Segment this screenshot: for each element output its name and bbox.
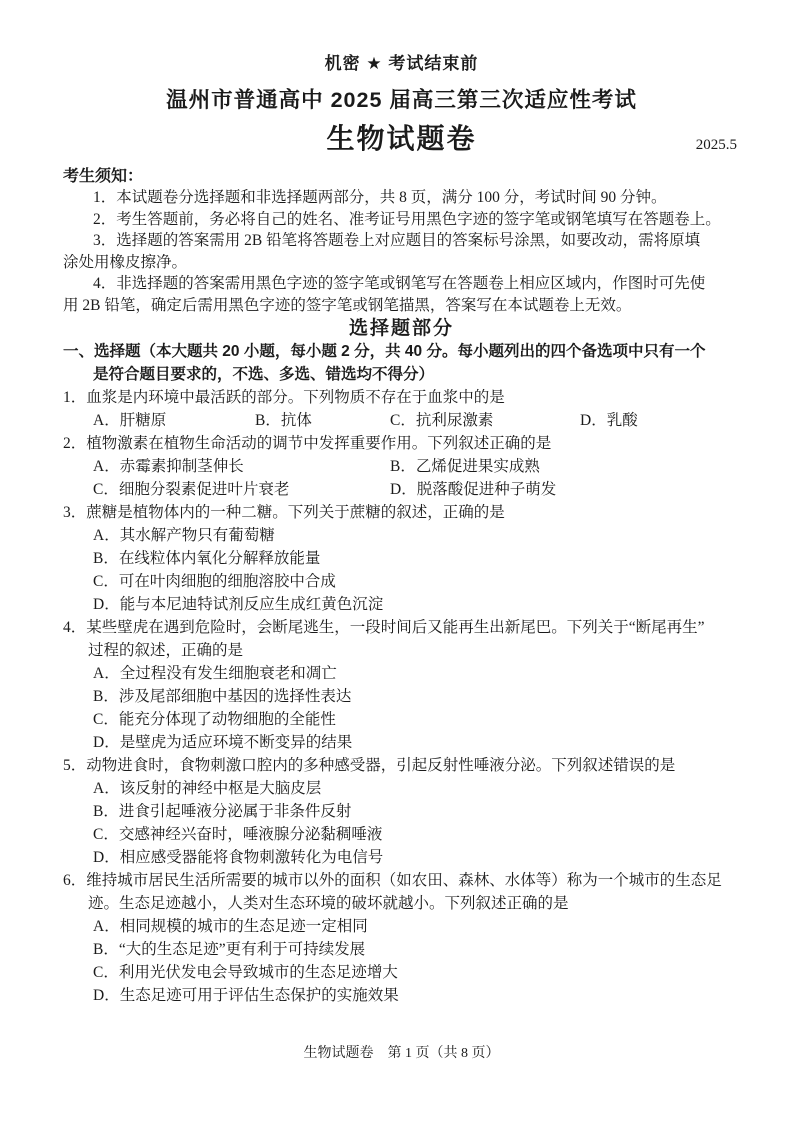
instructions-line-1: 一、选择题（本大题共 20 小题，每小题 2 分，共 40 分。每小题列出的四个…	[63, 340, 740, 363]
notice-item-3-cont: 涂处用橡皮擦净。	[63, 252, 740, 274]
section-instructions: 一、选择题（本大题共 20 小题，每小题 2 分，共 40 分。每小题列出的四个…	[63, 340, 740, 386]
question-stem: 6．维持城市居民生活所需要的城市以外的面积（如农田、森林、水体等）称为一个城市的…	[63, 869, 740, 892]
notice-item-4: 4．非选择题的答案需用黑色字迹的签字笔或钢笔写在答题卷上相应区域内，作图时可先使	[63, 273, 740, 295]
exam-date: 2025.5	[696, 137, 737, 154]
option-b: B．“大的生态足迹”更有利于可持续发展	[93, 938, 740, 961]
question-stem: 2．植物激素在植物生命活动的调节中发挥重要作用。下列叙述正确的是	[63, 432, 740, 455]
paper-title: 生物试题卷	[63, 120, 740, 158]
question-stem-continued: 迹。生态足迹越小，人类对生态环境的破坏就越小。下列叙述正确的是	[63, 892, 740, 915]
candidate-notice: 考生须知： 1．本试题卷分选择题和非选择题两部分，共 8 页，满分 100 分，…	[63, 166, 740, 316]
options-list: A．该反射的神经中枢是大脑皮层 B．进食引起唾液分泌属于非条件反射 C．交感神经…	[93, 777, 740, 869]
notice-heading: 考生须知：	[63, 166, 740, 187]
option-a: A．赤霉素抑制茎伸长	[93, 455, 390, 478]
secrecy-banner: 机密 ★ 考试结束前	[63, 54, 740, 73]
part-heading: 选择题部分	[63, 318, 740, 340]
option-a: A．全过程没有发生细胞衰老和凋亡	[93, 662, 740, 685]
exam-title: 温州市普通高中 2025 届高三第三次适应性考试	[63, 87, 740, 114]
notice-item-3: 3．选择题的答案需用 2B 铅笔将答题卷上对应题目的答案标号涂黑，如要改动，需将…	[63, 230, 740, 252]
question-stem-continued: 过程的叙述，正确的是	[63, 639, 740, 662]
option-d: D．是壁虎为适应环境不断变异的结果	[93, 731, 740, 754]
question-text: 某些壁虎在遇到危险时，会断尾逃生，一段时间后又能再生出新尾巴。下列关于“断尾再生…	[86, 619, 704, 636]
question-stem: 3．蔗糖是植物体内的一种二糖。下列关于蔗糖的叙述，正确的是	[63, 501, 740, 524]
option-a: A．该反射的神经中枢是大脑皮层	[93, 777, 740, 800]
option-b: B．抗体	[255, 409, 390, 432]
option-a: A．相同规模的城市的生态足迹一定相同	[93, 915, 740, 938]
question-6: 6．维持城市居民生活所需要的城市以外的面积（如农田、森林、水体等）称为一个城市的…	[63, 869, 740, 1007]
option-b: B．在线粒体内氧化分解释放能量	[93, 547, 740, 570]
page-footer: 生物试题卷 第 1 页（共 8 页）	[63, 1045, 740, 1062]
paper-title-row: 生物试题卷 2025.5	[63, 120, 740, 158]
notice-item-4-cont: 用 2B 铅笔，确定后需用黑色字迹的签字笔或钢笔描黑，答案写在本试题卷上无效。	[63, 295, 740, 317]
option-c: C．能充分体现了动物细胞的全能性	[93, 708, 740, 731]
question-stem: 1．血浆是内环境中最活跃的部分。下列物质不存在于血浆中的是	[63, 386, 740, 409]
question-text: 血浆是内环境中最活跃的部分。下列物质不存在于血浆中的是	[86, 389, 505, 406]
question-number: 4．	[63, 619, 86, 636]
option-c: C．交感神经兴奋时，唾液腺分泌黏稠唾液	[93, 823, 740, 846]
question-number: 2．	[63, 435, 86, 452]
question-stem: 4．某些壁虎在遇到危险时，会断尾逃生，一段时间后又能再生出新尾巴。下列关于“断尾…	[63, 616, 740, 639]
option-b: B．乙烯促进果实成熟	[390, 455, 740, 478]
question-stem: 5．动物进食时，食物刺激口腔内的多种感受器，引起反射性唾液分泌。下列叙述错误的是	[63, 754, 740, 777]
options-list: A．相同规模的城市的生态足迹一定相同 B．“大的生态足迹”更有利于可持续发展 C…	[93, 915, 740, 1007]
question-number: 1．	[63, 389, 86, 406]
options-row: A．肝糖原 B．抗体 C．抗利尿激素 D．乳酸	[93, 409, 740, 432]
option-d: D．相应感受器能将食物刺激转化为电信号	[93, 846, 740, 869]
option-d: D．乳酸	[580, 409, 740, 432]
option-c: C．细胞分裂素促进叶片衰老	[93, 478, 390, 501]
options-list: A．全过程没有发生细胞衰老和凋亡 B．涉及尾部细胞中基因的选择性表达 C．能充分…	[93, 662, 740, 754]
option-d: D．脱落酸促进种子萌发	[390, 478, 740, 501]
question-2: 2．植物激素在植物生命活动的调节中发挥重要作用。下列叙述正确的是 A．赤霉素抑制…	[63, 432, 740, 501]
question-5: 5．动物进食时，食物刺激口腔内的多种感受器，引起反射性唾液分泌。下列叙述错误的是…	[63, 754, 740, 869]
question-number: 6．	[63, 872, 86, 889]
question-text: 植物激素在植物生命活动的调节中发挥重要作用。下列叙述正确的是	[86, 435, 551, 452]
option-c: C．利用光伏发电会导致城市的生态足迹增大	[93, 961, 740, 984]
question-3: 3．蔗糖是植物体内的一种二糖。下列关于蔗糖的叙述，正确的是 A．其水解产物只有葡…	[63, 501, 740, 616]
question-text: 蔗糖是植物体内的一种二糖。下列关于蔗糖的叙述，正确的是	[86, 504, 505, 521]
notice-item-1: 1．本试题卷分选择题和非选择题两部分，共 8 页，满分 100 分，考试时间 9…	[63, 187, 740, 209]
option-b: B．涉及尾部细胞中基因的选择性表达	[93, 685, 740, 708]
option-c: C．抗利尿激素	[390, 409, 580, 432]
notice-item-2: 2．考生答题前，务必将自己的姓名、准考证号用黑色字迹的签字笔或钢笔填写在答题卷上…	[63, 209, 740, 231]
option-c: C．可在叶肉细胞的细胞溶胶中合成	[93, 570, 740, 593]
option-b: B．进食引起唾液分泌属于非条件反射	[93, 800, 740, 823]
option-a: A．其水解产物只有葡萄糖	[93, 524, 740, 547]
options-grid: A．赤霉素抑制茎伸长 B．乙烯促进果实成熟 C．细胞分裂素促进叶片衰老 D．脱落…	[93, 455, 740, 501]
question-1: 1．血浆是内环境中最活跃的部分。下列物质不存在于血浆中的是 A．肝糖原 B．抗体…	[63, 386, 740, 432]
options-list: A．其水解产物只有葡萄糖 B．在线粒体内氧化分解释放能量 C．可在叶肉细胞的细胞…	[93, 524, 740, 616]
question-text: 维持城市居民生活所需要的城市以外的面积（如农田、森林、水体等）称为一个城市的生态…	[86, 872, 722, 889]
option-a: A．肝糖原	[93, 409, 255, 432]
exam-paper-page: 机密 ★ 考试结束前 温州市普通高中 2025 届高三第三次适应性考试 生物试题…	[0, 0, 800, 1131]
question-text: 动物进食时，食物刺激口腔内的多种感受器，引起反射性唾液分泌。下列叙述错误的是	[86, 757, 675, 774]
question-number: 3．	[63, 504, 86, 521]
option-d: D．能与本尼迪特试剂反应生成红黄色沉淀	[93, 593, 740, 616]
instructions-line-2: 是符合题目要求的，不选、多选、错选均不得分）	[63, 363, 740, 386]
question-number: 5．	[63, 757, 86, 774]
question-4: 4．某些壁虎在遇到危险时，会断尾逃生，一段时间后又能再生出新尾巴。下列关于“断尾…	[63, 616, 740, 754]
option-d: D．生态足迹可用于评估生态保护的实施效果	[93, 984, 740, 1007]
